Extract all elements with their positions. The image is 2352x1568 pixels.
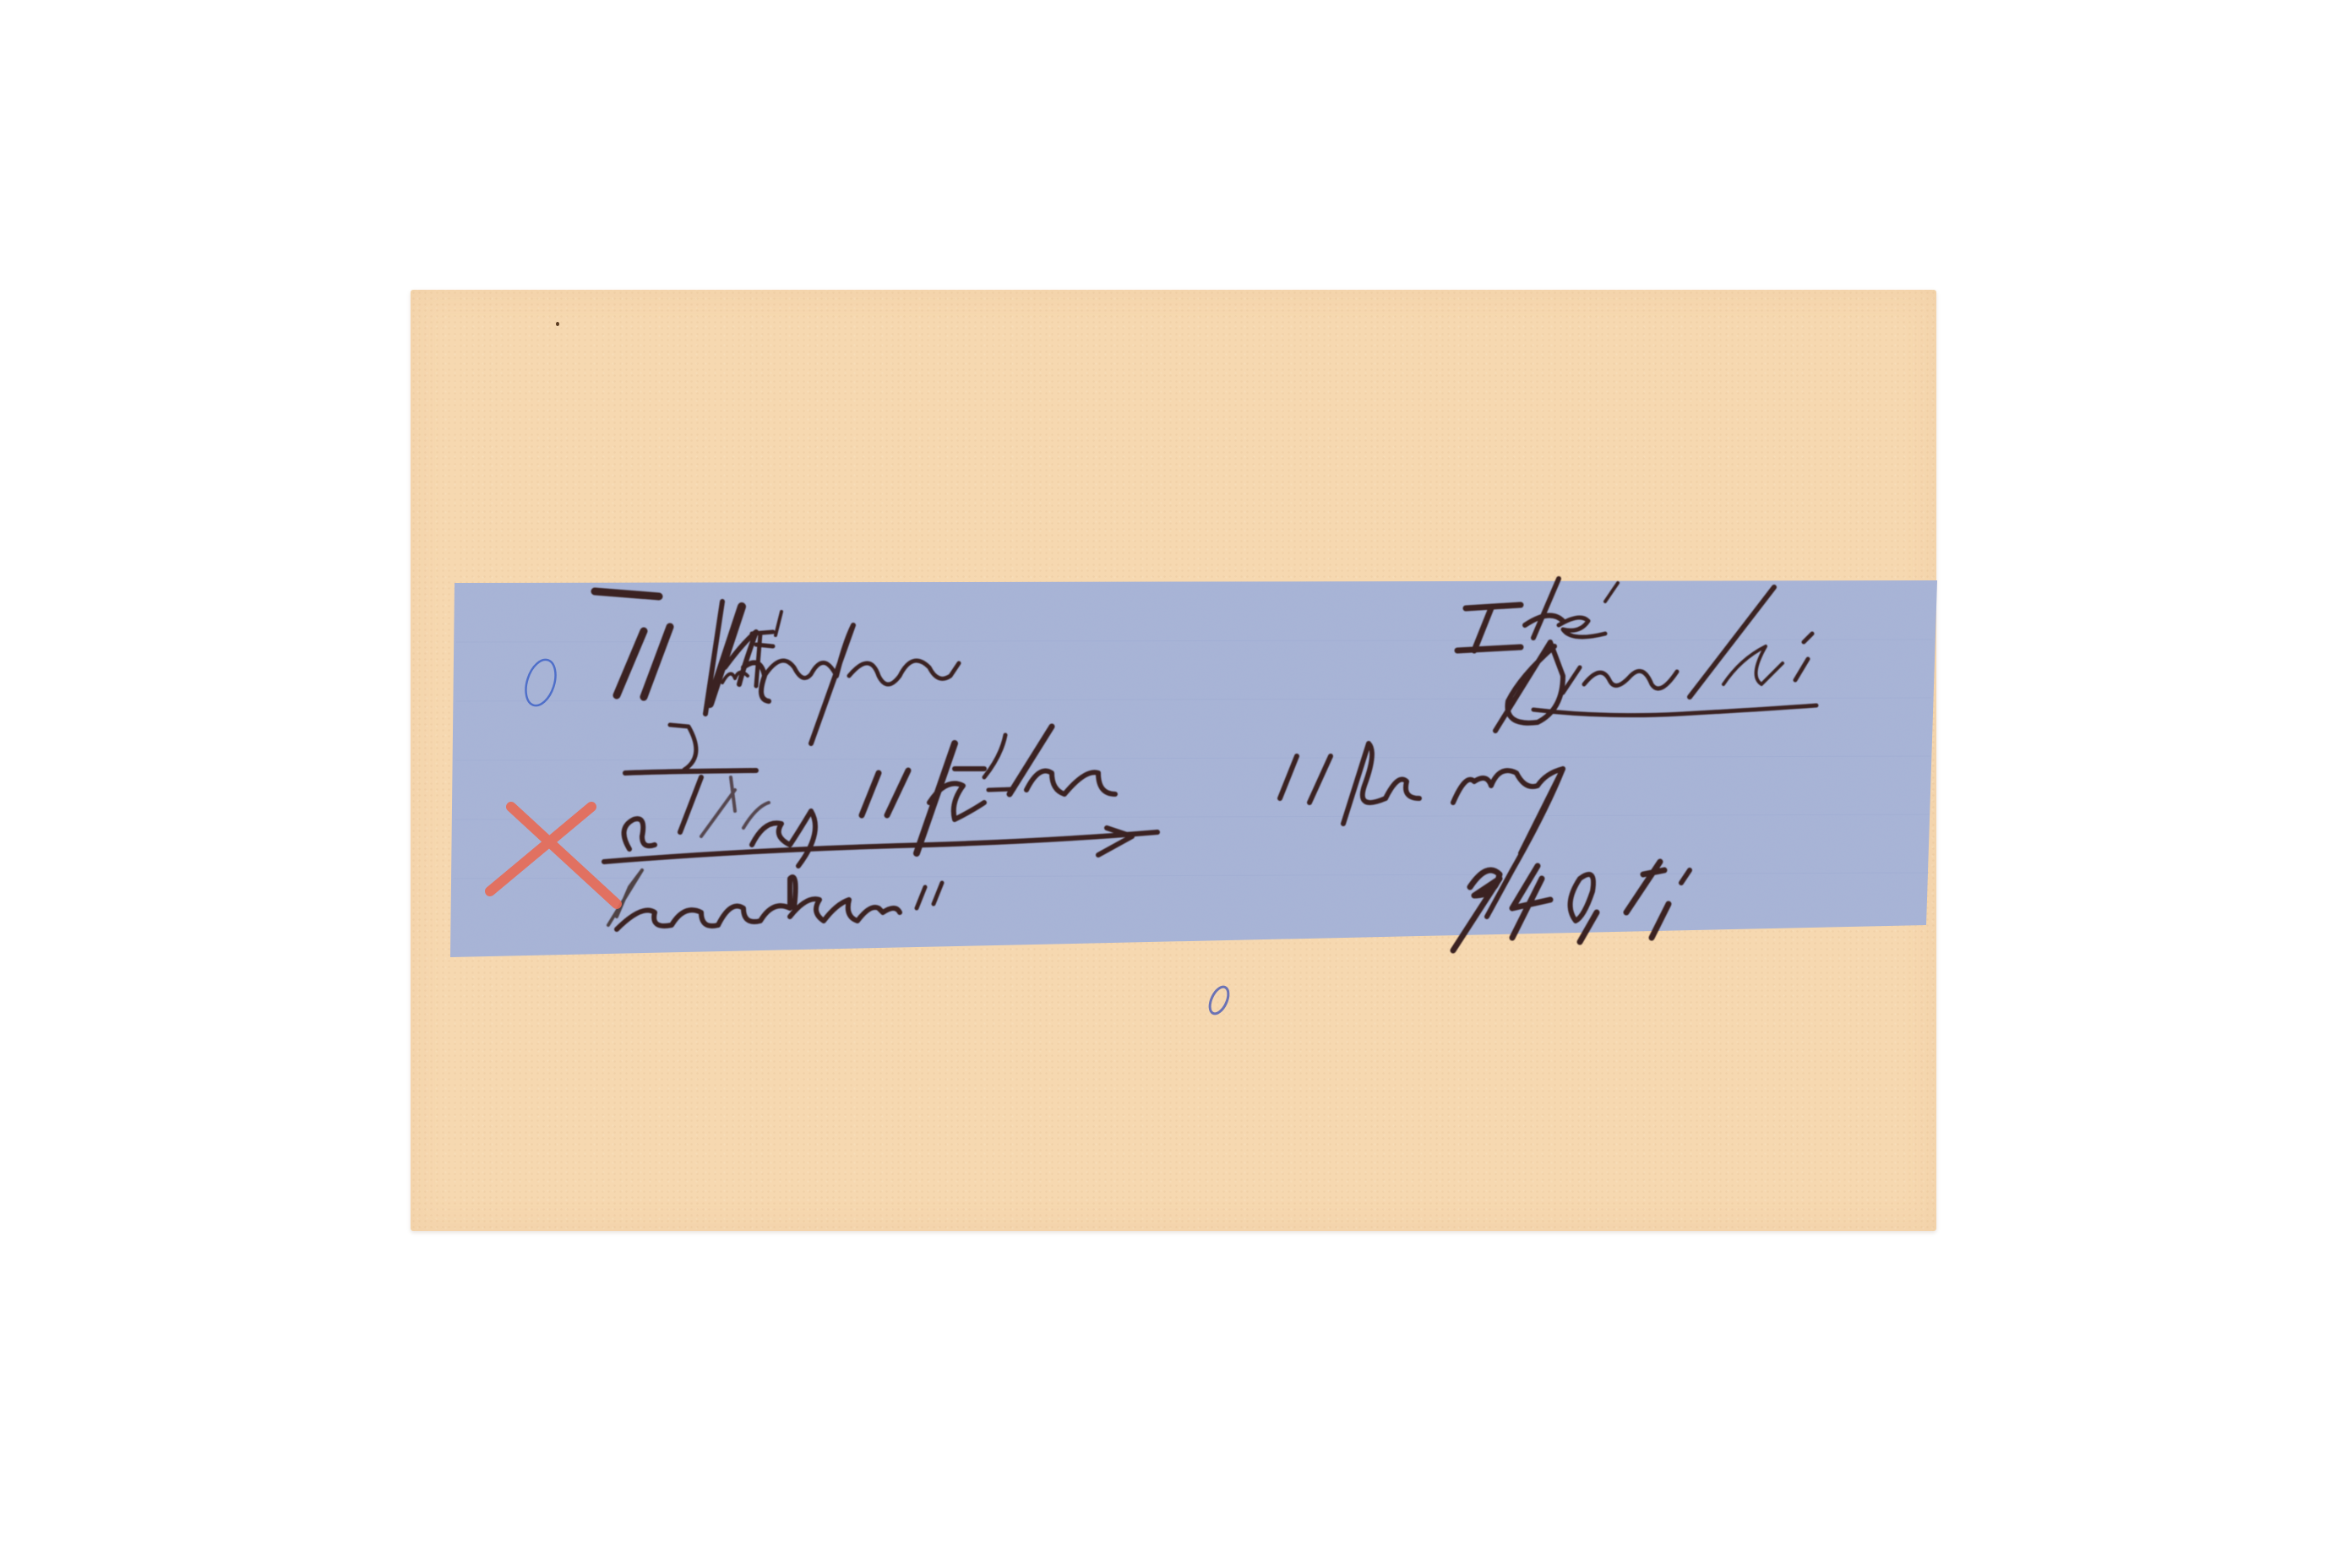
mounting-card [411,290,1936,1231]
ink-speck [556,322,559,326]
